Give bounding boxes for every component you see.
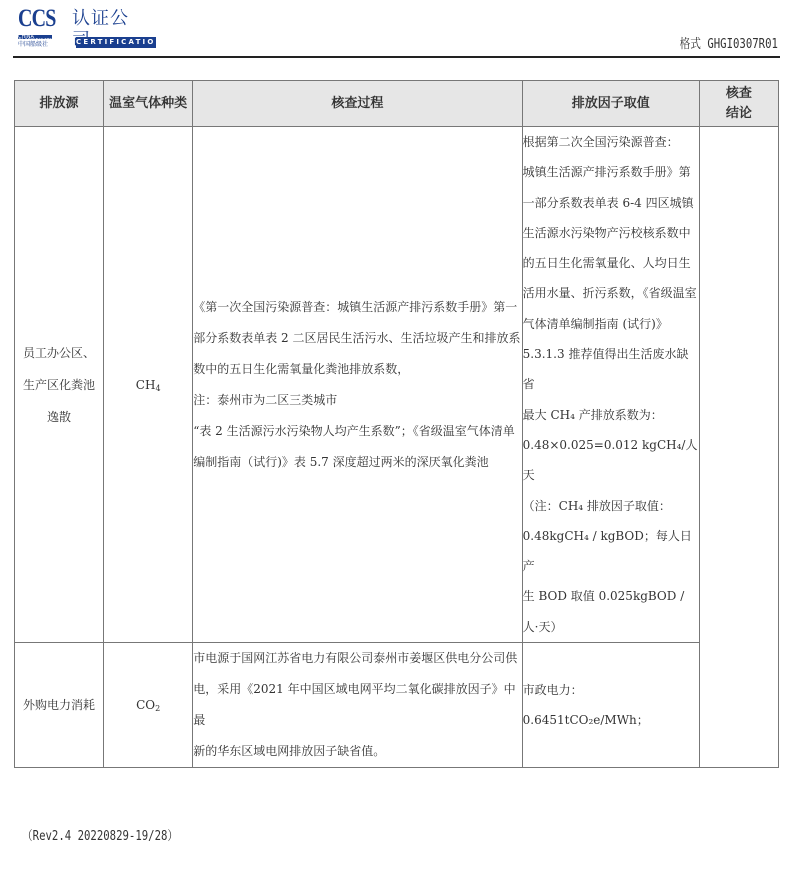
col-header-process: 核查过程 — [193, 81, 522, 127]
text-line: 部分系数表单表 2 二区居民生活污水、生活垃圾产生和排放系 — [193, 323, 521, 354]
text-line: 电，采用《2021 年中国区域电网平均二氧化碳排放因子》中最 — [193, 674, 521, 736]
factor-text: 根据第二次全国污染源普查：城镇生活源产排污系数手册》第一部分系数表单表 6-4 … — [523, 127, 699, 642]
text-line: 人·天） — [523, 612, 699, 642]
text-line: 逸散 — [15, 401, 103, 433]
cell-emission-factor: 根据第二次全国污染源普查：城镇生活源产排污系数手册》第一部分系数表单表 6-4 … — [522, 127, 699, 643]
text-line: 5.3.1.3 推荐值得出生活废水缺省 — [523, 339, 699, 400]
text-line: 气体清单编制指南 (试行)》 — [523, 309, 699, 339]
text-line: 市政电力：0.6451tCO₂e/MWh； — [523, 675, 699, 736]
ccs-certification-logo: CCS 认证公司 CHINA CLASSIFICATION SOCIETY 中国… — [18, 6, 143, 44]
text-line: （注：CH₄ 排放因子取值： — [523, 491, 699, 521]
process-text: 市电源于国网江苏省电力有限公司泰州市姜堰区供电分公司供电，采用《2021 年中国… — [193, 643, 521, 767]
cell-process: 市电源于国网江苏省电力有限公司泰州市姜堰区供电分公司供电，采用《2021 年中国… — [193, 643, 522, 768]
text-line: 0.48×0.025=0.012 kgCH₄/人天 — [523, 430, 699, 491]
text-line: 0.48kgCH₄ / kgBOD；每人日产 — [523, 521, 699, 582]
col-header-conclusion-line1: 核查 — [700, 84, 778, 104]
cell-source: 外购电力消耗 — [15, 643, 104, 768]
col-header-emission-factor: 排放因子取值 — [522, 81, 699, 127]
logo-tagline: CHINA CLASSIFICATION SOCIETY — [18, 35, 52, 39]
logo-subtitle: 中国船级社 — [18, 41, 48, 48]
factor-text: 市政电力：0.6451tCO₂e/MWh； — [523, 675, 699, 736]
col-header-conclusion-line2: 结论 — [700, 104, 778, 124]
table-header-row: 排放源 温室气体种类 核查过程 排放因子取值 核查 结论 — [15, 81, 779, 127]
text-line: 的五日生化需氧量化、人均日生 — [523, 248, 699, 278]
text-line: 员工办公区、 — [15, 337, 103, 369]
text-line: 外购电力消耗 — [15, 689, 103, 721]
text-line: 根据第二次全国污染源普查： — [523, 127, 699, 157]
process-text: 《第一次全国污染源普查：城镇生活源产排污系数手册》第一部分系数表单表 2 二区居… — [193, 292, 521, 478]
text-line: 最大 CH₄ 产排放系数为： — [523, 400, 699, 430]
text-line: 新的华东区域电网排放因子缺省值。 — [193, 736, 521, 767]
verification-table: 排放源 温室气体种类 核查过程 排放因子取值 核查 结论 员工办公区、生产区化粪… — [14, 80, 779, 768]
cell-source: 员工办公区、生产区化粪池逸散 — [15, 127, 104, 643]
text-line: 生 BOD 取值 0.025kgBOD / — [523, 581, 699, 611]
text-line: 编制指南（试行)》表 5.7 深度超过两米的深厌氧化粪池 — [193, 447, 521, 478]
source-text: 员工办公区、生产区化粪池逸散 — [15, 337, 103, 433]
gas-type: CH4 — [136, 378, 161, 392]
text-line: 注：泰州市为二区三类城市 — [193, 385, 521, 416]
header-divider — [13, 56, 780, 58]
text-line: 活用水量、折污系数，《省级温室 — [523, 278, 699, 308]
col-header-gas-type: 温室气体种类 — [104, 81, 193, 127]
text-line: 生活源水污染物产污校核系数中 — [523, 218, 699, 248]
text-line: 城镇生活源产排污系数手册》第 — [523, 157, 699, 187]
cell-gas: CO2 — [104, 643, 193, 768]
text-line: 一部分系数表单表 6-4 四区城镇 — [523, 188, 699, 218]
cell-conclusion — [699, 127, 778, 768]
form-number: 格式 GHGI0307R01 — [680, 33, 778, 52]
col-header-conclusion: 核查 结论 — [699, 81, 778, 127]
logo-ccs-text: CCS — [18, 6, 56, 32]
table-row: 员工办公区、生产区化粪池逸散 CH4 《第一次全国污染源普查：城镇生活源产排污系… — [15, 127, 779, 643]
gas-type: CO2 — [136, 698, 160, 712]
text-line: “表 2 生活源污水污染物人均产生系数”；《省级温室气体清单 — [193, 416, 521, 447]
cell-process: 《第一次全国污染源普查：城镇生活源产排污系数手册》第一部分系数表单表 2 二区居… — [193, 127, 522, 643]
cell-emission-factor: 市政电力：0.6451tCO₂e/MWh； — [522, 643, 699, 768]
text-line: 《第一次全国污染源普查：城镇生活源产排污系数手册》第一 — [193, 292, 521, 323]
text-line: 生产区化粪池 — [15, 369, 103, 401]
text-line: 数中的五日生化需氧量化粪池排放系数， — [193, 354, 521, 385]
cell-gas: CH4 — [104, 127, 193, 643]
revision-footer: （Rev2.4 20220829-19/28） — [22, 825, 178, 844]
source-text: 外购电力消耗 — [15, 689, 103, 721]
col-header-source: 排放源 — [15, 81, 104, 127]
table-row: 外购电力消耗 CO2 市电源于国网江苏省电力有限公司泰州市姜堰区供电分公司供电，… — [15, 643, 779, 768]
text-line: 市电源于国网江苏省电力有限公司泰州市姜堰区供电分公司供 — [193, 643, 521, 674]
logo-certification-banner: CERTIFICATION — [76, 37, 156, 48]
